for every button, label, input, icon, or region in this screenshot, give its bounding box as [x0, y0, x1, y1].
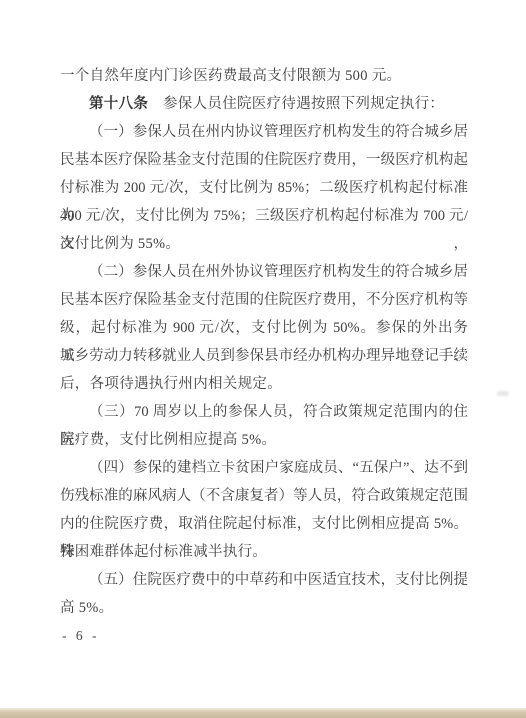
- document-line: 400 元/次，支付比例为 75%；三级医疗机构起付标准为 700 元/次，: [60, 202, 468, 230]
- document-line: 殊困难群体起付标准减半执行。: [60, 538, 468, 566]
- line-text: 民基本医疗保险基金支付范围的住院医疗费用，不分医疗机构等: [60, 292, 468, 308]
- line-text: 支付比例为 55%。: [60, 236, 180, 252]
- document-line: 民基本医疗保险基金支付范围的住院医疗费用，不分医疗机构等: [60, 286, 468, 314]
- document-line: 级，起付标准为 900 元/次，支付比例为 50%。参保的外出务工、: [60, 314, 468, 342]
- line-text: （五）住院医疗费中的中草药和中医适宜技术，支付比例提: [89, 572, 468, 588]
- document-line: 一个自然年度内门诊医药费最高支付限额为 500 元。: [60, 62, 468, 90]
- document-line: 伤残标准的麻风病人（不含康复者）等人员，符合政策规定范围: [60, 482, 468, 510]
- line-text: 殊困难群体起付标准减半执行。: [60, 544, 267, 560]
- line-text: 后，各项待遇执行州内相关规定。: [60, 376, 282, 392]
- document-line: 高 5%。: [60, 594, 468, 622]
- article-heading: 第十八条: [89, 96, 148, 112]
- document-line: （五）住院医疗费中的中草药和中医适宜技术，支付比例提: [60, 566, 468, 594]
- page-bottom-edge: [0, 708, 526, 718]
- document-line: （三）70 周岁以上的参保人员，符合政策规定范围内的住院: [60, 398, 468, 426]
- document-line: 付标准为 200 元/次，支付比例为 85%；二级医疗机构起付标准为: [60, 174, 468, 202]
- document-line: 内的住院医疗费，取消住院起付标准，支付比例相应提高 5%。特: [60, 510, 468, 538]
- document-line: 后，各项待遇执行州内相关规定。: [60, 370, 468, 398]
- line-text: 医疗费，支付比例相应提高 5%。: [60, 432, 276, 448]
- line-text: （一）参保人员在州内协议管理医疗机构发生的符合城乡居: [89, 124, 468, 140]
- document-line: （二）参保人员在州外协议管理医疗机构发生的符合城乡居: [60, 258, 468, 286]
- document-line: 城乡劳动力转移就业人员到参保县市经办机构办理异地登记手续: [60, 342, 468, 370]
- document-line: 民基本医疗保险基金支付范围的住院医疗费用，一级医疗机构起: [60, 146, 468, 174]
- line-text: 伤残标准的麻风病人（不含康复者）等人员，符合政策规定范围: [60, 488, 468, 504]
- document-line: （四）参保的建档立卡贫困户家庭成员、“五保户”、达不到: [60, 454, 468, 482]
- line-text: 城乡劳动力转移就业人员到参保县市经办机构办理异地登记手续: [60, 348, 468, 364]
- document-body: 一个自然年度内门诊医药费最高支付限额为 500 元。第十八条 参保人员住院医疗待…: [60, 62, 468, 622]
- line-text: 民基本医疗保险基金支付范围的住院医疗费用，一级医疗机构起: [60, 152, 468, 168]
- line-text: 参保人员住院医疗待遇按照下列规定执行：: [148, 96, 444, 112]
- scan-smudge: [497, 391, 509, 396]
- line-text: 一个自然年度内门诊医药费最高支付限额为 500 元。: [60, 68, 401, 84]
- page-number: - 6 -: [62, 628, 100, 644]
- line-text: （二）参保人员在州外协议管理医疗机构发生的符合城乡居: [89, 264, 468, 280]
- document-line: 医疗费，支付比例相应提高 5%。: [60, 426, 468, 454]
- document-page: 一个自然年度内门诊医药费最高支付限额为 500 元。第十八条 参保人员住院医疗待…: [0, 0, 526, 718]
- line-text: （四）参保的建档立卡贫困户家庭成员、“五保户”、达不到: [89, 460, 468, 476]
- document-line: 第十八条 参保人员住院医疗待遇按照下列规定执行：: [60, 90, 468, 118]
- document-line: （一）参保人员在州内协议管理医疗机构发生的符合城乡居: [60, 118, 468, 146]
- line-text: 高 5%。: [60, 600, 113, 616]
